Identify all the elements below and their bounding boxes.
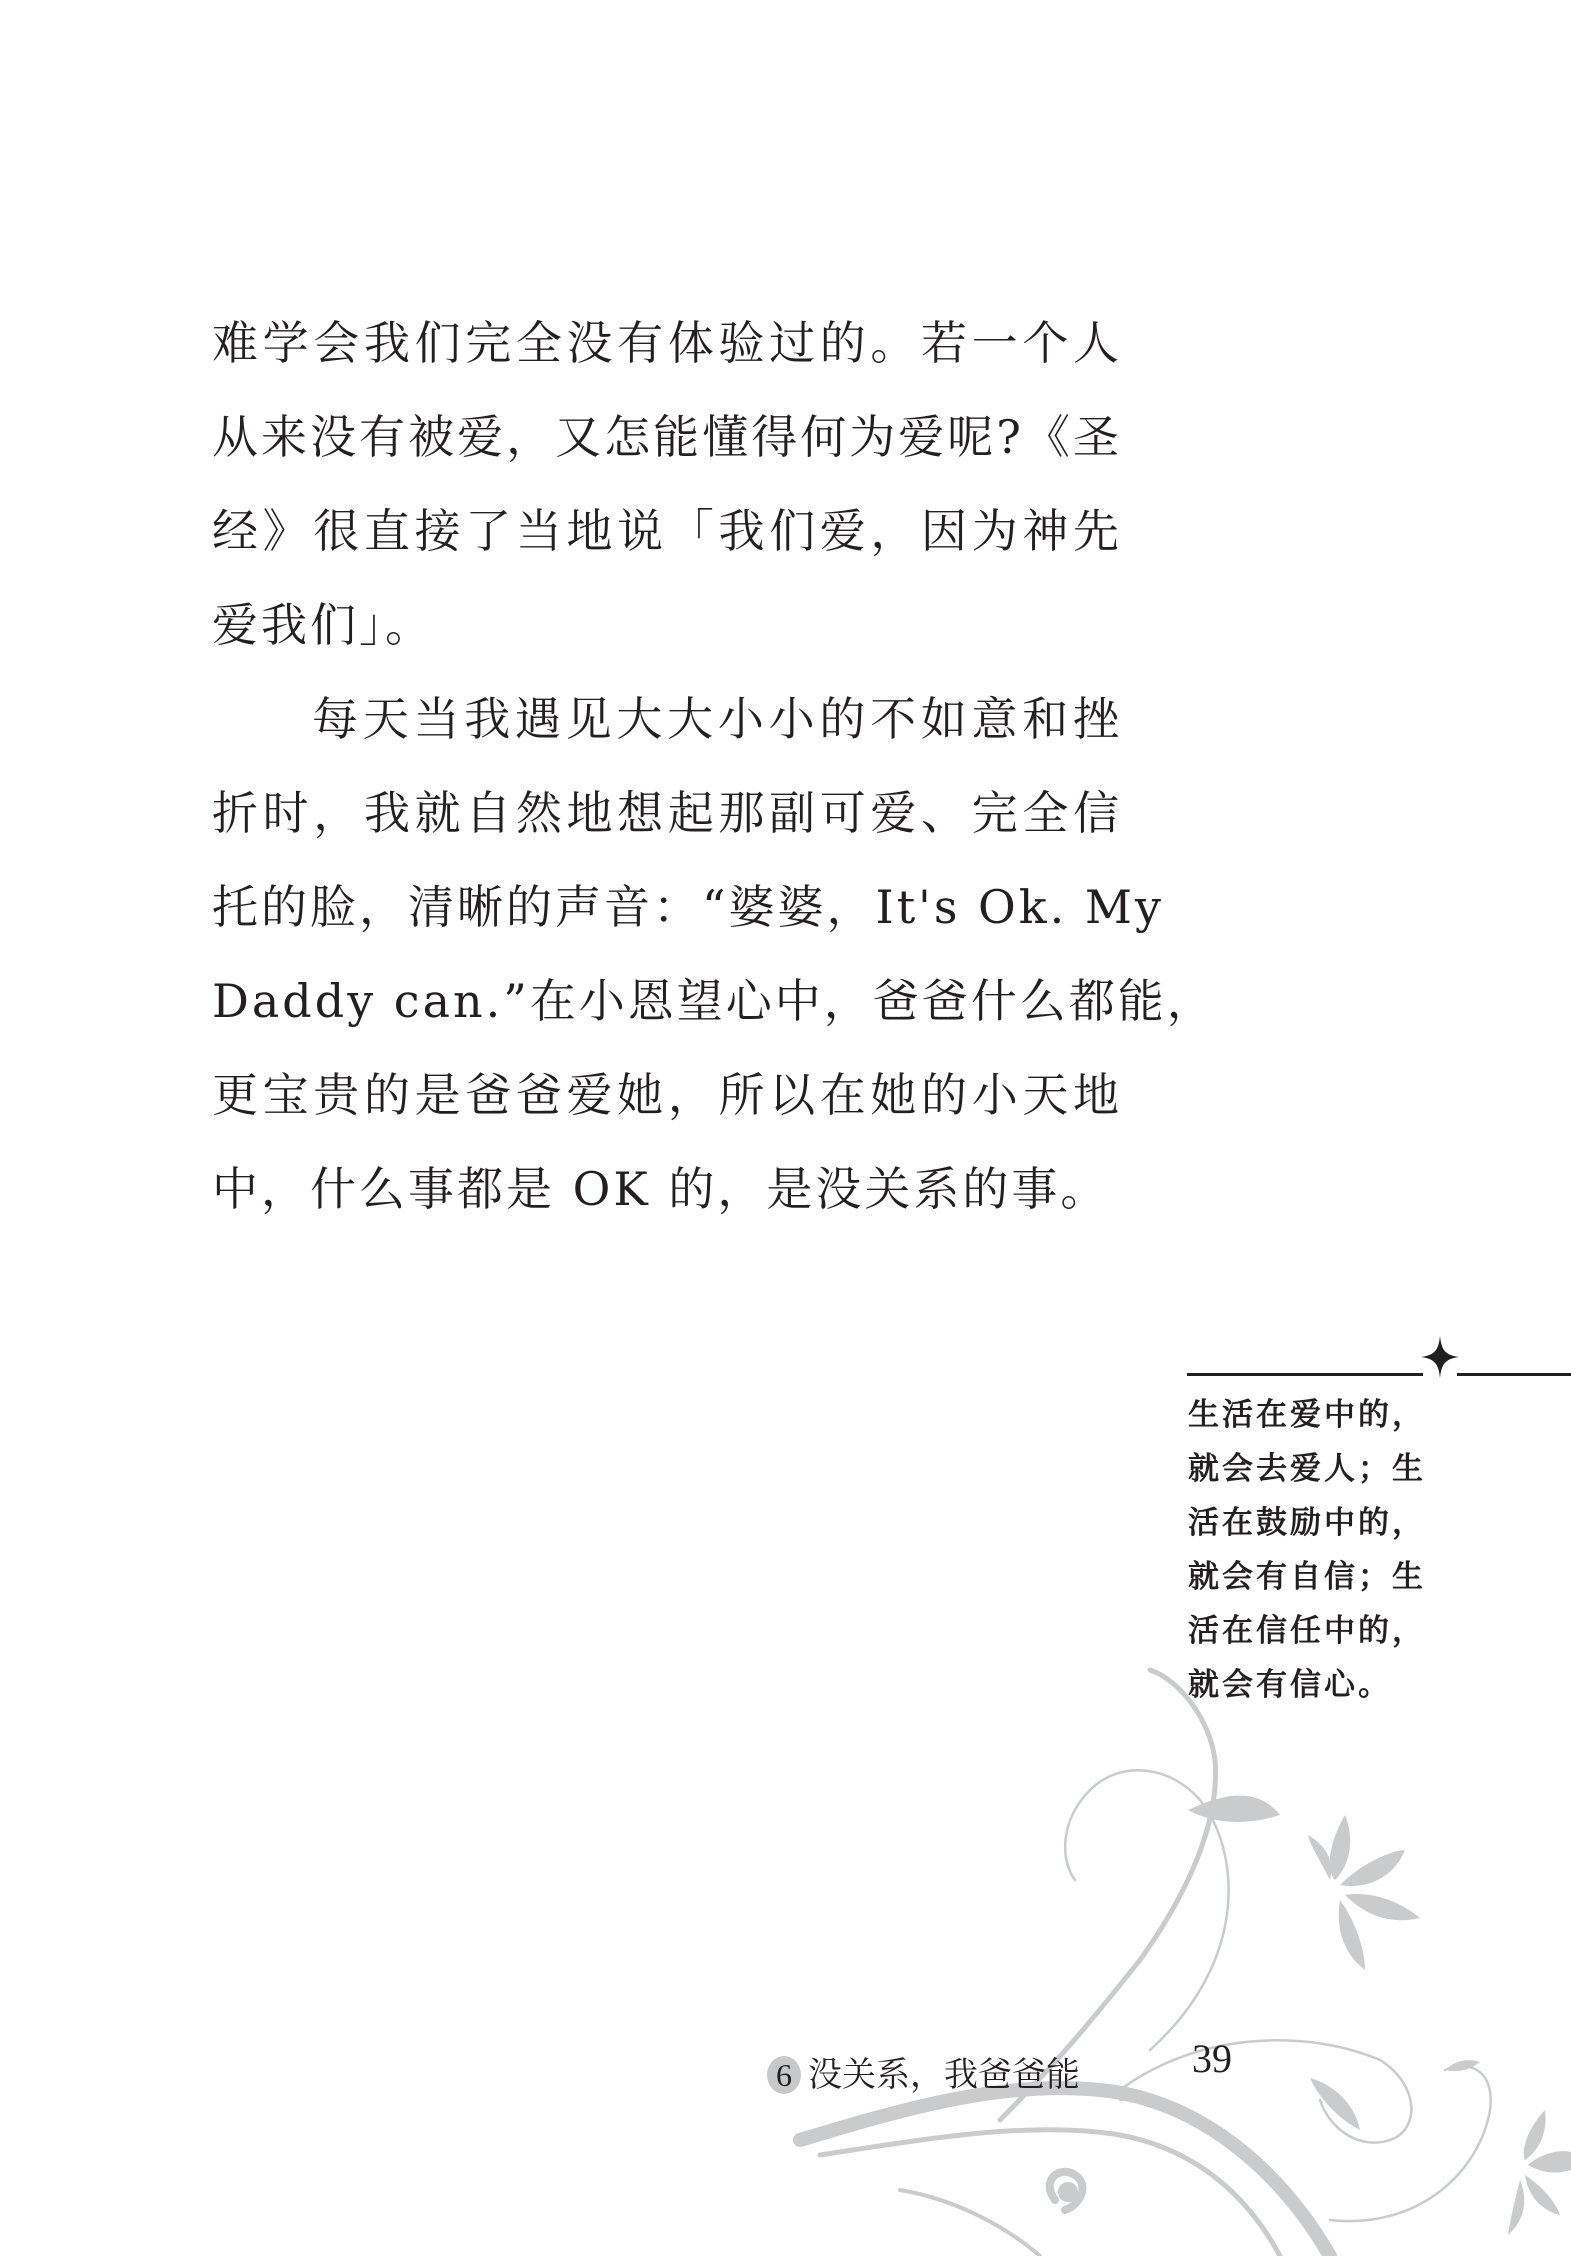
quote-line-5: 活在信任中的，	[1188, 1611, 1426, 1651]
paragraph-2-line-4: Daddy can.”在小恩望心中，爸爸什么都能，	[212, 971, 1122, 1031]
paragraph-2-line-1: 每天当我遇见大大小小的不如意和挫	[312, 689, 1122, 749]
quote-line-3: 活在鼓励中的，	[1188, 1503, 1426, 1543]
four-point-star-icon	[1421, 1336, 1459, 1378]
book-page: 难学会我们完全没有体验过的。若一个人 从来没有被爱，又怎能懂得何为爱呢?《圣 经…	[0, 0, 1571, 2256]
quote-line-1: 生活在爱中的，	[1188, 1395, 1426, 1435]
quote-line-2: 就会去爱人；生	[1188, 1449, 1426, 1489]
quote-line-4: 就会有自信；生	[1188, 1557, 1426, 1597]
paragraph-2-line-2: 折时，我就自然地想起那副可爱、完全信	[212, 783, 1122, 843]
paragraph-2-line-3: 托的脸，清晰的声音：“婆婆，It's Ok. My	[212, 877, 1122, 937]
paragraph-1-line-3: 经》很直接了当地说「我们爱，因为神先	[212, 501, 1122, 561]
page-number: 39	[1192, 2036, 1232, 2082]
chapter-number-badge: 6	[767, 2056, 801, 2094]
paragraph-2-line-5: 更宝贵的是爸爸爱她，所以在她的小天地	[212, 1065, 1122, 1125]
paragraph-2-line-6: 中，什么事都是 OK 的，是没关系的事。	[212, 1159, 1122, 1219]
quote-line-6: 就会有信心。	[1188, 1665, 1392, 1705]
paragraph-1-line-1: 难学会我们完全没有体验过的。若一个人	[212, 313, 1122, 373]
chapter-title: 没关系，我爸爸能	[808, 2052, 1080, 2098]
sidebar-divider	[1187, 1373, 1571, 1376]
paragraph-1-line-4: 爱我们」。	[212, 595, 1122, 655]
paragraph-1-line-2: 从来没有被爱，又怎能懂得何为爱呢?《圣	[212, 407, 1122, 467]
